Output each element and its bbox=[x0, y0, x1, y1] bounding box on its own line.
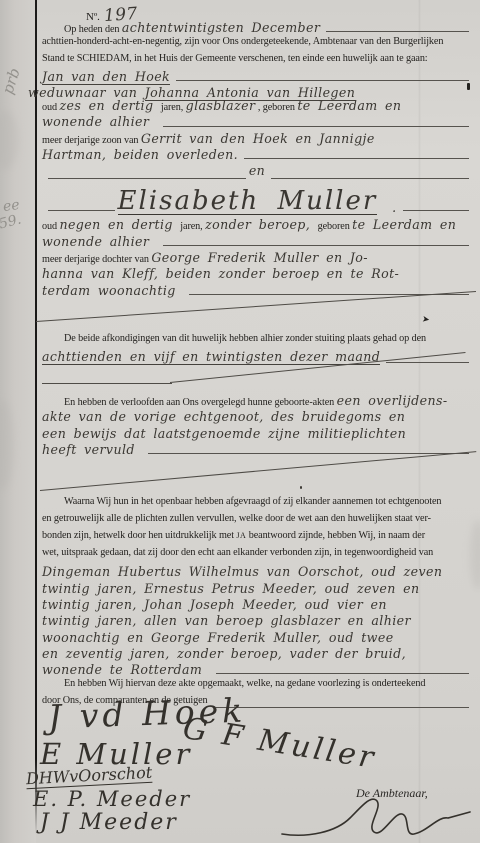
ruled-fill-line bbox=[163, 245, 469, 246]
document-body: Op heden den achtentwintigsten Decembera… bbox=[42, 20, 472, 712]
document-line: en getrouwelijk alle de plichten zullen … bbox=[42, 513, 472, 530]
document-line: wonende te Rotterdam bbox=[42, 662, 472, 678]
document-line: bonden zijn, hetwelk door hen uitdrukkel… bbox=[42, 530, 472, 547]
printed-text: oud bbox=[42, 102, 59, 113]
signature-father-of-bride: G F Muller bbox=[180, 711, 378, 776]
handwritten-text: akte van de vorige echtgenoot, des bruid… bbox=[42, 409, 405, 424]
printed-text: jaren, bbox=[180, 221, 205, 232]
document-line: wonende alhier bbox=[42, 234, 472, 250]
ruled-fill-line bbox=[216, 707, 469, 708]
document-line: twintig jaren, Ernestus Petrus Meeder, o… bbox=[42, 581, 472, 597]
document-line: en zeventig jaren, zonder beroep, vader … bbox=[42, 646, 472, 662]
handwritten-text: en bbox=[249, 163, 265, 178]
document-line: Op heden den achtentwintigsten December bbox=[42, 20, 472, 36]
printed-text: Op heden den bbox=[64, 24, 122, 35]
handwritten-text: glasblazer bbox=[186, 98, 256, 113]
document-line: achttien-honderd-acht-en-negentig, zijn … bbox=[42, 36, 472, 52]
printed-text: achttien-honderd-acht-en-negentig, zijn … bbox=[42, 36, 443, 47]
document-line: De beide afkondigingen van dit huwelijk … bbox=[42, 333, 472, 349]
document-line: twintig jaren, allen van beroep glasblaz… bbox=[42, 613, 472, 629]
handwritten-text: negen en dertig bbox=[59, 217, 180, 232]
handwritten-underlined-text: Jan van den Hoek bbox=[42, 69, 170, 85]
printed-text: Waarna Wij hun in het openbaar hebben af… bbox=[64, 496, 441, 507]
handwritten-text: woonachtig en George Frederik Muller, ou… bbox=[42, 630, 394, 645]
blank-space bbox=[42, 367, 472, 393]
printed-text: , geboren bbox=[255, 102, 297, 113]
ink-mark: ➤ bbox=[421, 314, 430, 326]
printed-smallcaps-text: JA bbox=[236, 531, 246, 540]
document-line: Stand te SCHIEDAM, in het Huis der Gemee… bbox=[42, 53, 472, 69]
printed-text: oud bbox=[42, 221, 59, 232]
document-line: wonende alhier bbox=[42, 114, 472, 130]
document-line: Elisabeth Muller . bbox=[42, 183, 472, 217]
document-line: Jan van den Hoek bbox=[42, 69, 472, 85]
handwritten-text: twintig jaren, Ernestus Petrus Meeder, o… bbox=[42, 581, 419, 596]
document-line: weduwnaar van Johanna Antonia van Hilleg… bbox=[28, 85, 472, 98]
ink-mark bbox=[300, 486, 302, 489]
document-line: wet, uitspraak gedaan, dat zij door den … bbox=[42, 547, 472, 564]
document-line: een bewijs dat laatstgenoemde zijne mili… bbox=[42, 426, 472, 442]
signature-witness-2: E. P. Meeder bbox=[33, 787, 191, 811]
document-line: akte van de vorige echtgenoot, des bruid… bbox=[42, 409, 472, 425]
ink-mark bbox=[467, 83, 470, 90]
ruled-fill-line bbox=[148, 453, 469, 454]
handwritten-text: een bewijs dat laatstgenoemde zijne mili… bbox=[42, 426, 406, 441]
handwritten-text: Hartman, beiden overleden. bbox=[42, 147, 238, 162]
document-line: en bbox=[42, 163, 472, 183]
ruled-fill-line bbox=[326, 31, 469, 32]
handwritten-underlined-text: achttienden en vijf en twintigsten dezer… bbox=[42, 349, 380, 365]
handwritten-name-large: Elisabeth Muller bbox=[118, 188, 378, 215]
ruled-fill-line bbox=[48, 210, 115, 211]
printed-text: jaren, bbox=[161, 102, 186, 113]
official-signature-flourish bbox=[278, 792, 474, 842]
document-line: hanna van Kleff, beiden zonder beroep en… bbox=[42, 266, 472, 282]
document-line: twintig jaren, Johan Joseph Meeder, oud … bbox=[42, 597, 472, 613]
document-line: En hebben de verloofden aan Ons overgele… bbox=[42, 393, 472, 409]
document-line: woonachtig en George Frederik Muller, ou… bbox=[42, 630, 472, 646]
document-line: Hartman, beiden overleden. bbox=[42, 147, 472, 163]
handwritten-text: wonende alhier bbox=[42, 114, 157, 129]
scanned-paper: Nº.197 prb ee 59. Op heden den achtentwi… bbox=[0, 0, 480, 843]
ink-strike-stroke bbox=[42, 383, 172, 384]
printed-text: wet, uitspraak gedaan, dat zij door den … bbox=[42, 547, 433, 558]
document-line: En hebben Wij hiervan deze akte opgemaak… bbox=[42, 678, 472, 695]
handwritten-text: Dingeman Hubertus Wilhelmus van Oorschot… bbox=[42, 564, 442, 579]
blank-space bbox=[42, 458, 472, 496]
ruled-fill-line bbox=[244, 158, 469, 159]
handwritten-text: twintig jaren, Johan Joseph Meeder, oud … bbox=[42, 597, 387, 612]
printed-text: meer derjarige zoon van bbox=[42, 135, 141, 146]
ruled-fill-line bbox=[163, 126, 469, 127]
handwritten-text: zes en dertig bbox=[59, 98, 160, 113]
handwritten-text: en zeventig jaren, zonder beroep, vader … bbox=[42, 646, 406, 661]
handwritten-text: . bbox=[377, 200, 396, 215]
handwritten-text: twintig jaren, allen van beroep glasblaz… bbox=[42, 613, 411, 628]
signature-witness-3: J J Meeder bbox=[40, 810, 178, 835]
handwritten-text: achtentwintigsten December bbox=[122, 20, 320, 35]
printed-text: en getrouwelijk alle de plichten zullen … bbox=[42, 513, 431, 524]
document-line: Waarna Wij hun in het openbaar hebben af… bbox=[42, 496, 472, 513]
ruled-fill-line bbox=[48, 178, 246, 179]
printed-text: meer derjarige dochter van bbox=[42, 254, 151, 265]
handwritten-text: terdam woonachtig bbox=[42, 283, 183, 298]
document-line: meer derjarige zoon van Gerrit van den H… bbox=[42, 131, 472, 147]
printed-text: En hebben Wij hiervan deze akte opgemaak… bbox=[64, 678, 425, 689]
printed-text: Stand te SCHIEDAM, in het Huis der Gemee… bbox=[42, 53, 428, 64]
handwritten-text: hanna van Kleff, beiden zonder beroep en… bbox=[42, 266, 399, 281]
printed-text: beantwoord zijnde, hebben Wij, in naam d… bbox=[246, 530, 425, 541]
document-line: meer derjarige dochter van George Freder… bbox=[42, 250, 472, 266]
ruled-fill-line bbox=[176, 80, 469, 81]
margin-rule-line bbox=[35, 0, 37, 843]
handwritten-text: Gerrit van den Hoek en Jannigje bbox=[141, 131, 375, 146]
handwritten-text: zonder beroep, bbox=[205, 217, 318, 232]
handwritten-text: te Leerdam en bbox=[297, 98, 401, 113]
document-line: heeft vervuld bbox=[42, 442, 472, 458]
ruled-fill-line bbox=[403, 210, 470, 211]
handwritten-text: wonende alhier bbox=[42, 234, 157, 249]
handwritten-text: een overlijdens- bbox=[337, 393, 448, 408]
printed-text: geboren bbox=[318, 221, 353, 232]
printed-text: De beide afkondigingen van dit huwelijk … bbox=[64, 333, 426, 344]
handwritten-text: heeft vervuld bbox=[42, 442, 142, 457]
handwritten-text: te Leerdam en bbox=[352, 217, 456, 232]
printed-text: En hebben de verloofden aan Ons overgele… bbox=[64, 397, 337, 408]
handwritten-text: George Frederik Muller en Jo- bbox=[151, 250, 368, 265]
document-line: oud negen en dertig jaren, zonder beroep… bbox=[42, 217, 472, 233]
document-line: Dingeman Hubertus Wilhelmus van Oorschot… bbox=[42, 564, 472, 580]
ruled-fill-line bbox=[386, 362, 469, 363]
printed-text: bonden zijn, hetwelk door hen uitdrukkel… bbox=[42, 530, 236, 541]
handwritten-text: wonende te Rotterdam bbox=[42, 662, 210, 677]
ruled-fill-line bbox=[271, 178, 469, 179]
ruled-fill-line bbox=[216, 673, 469, 674]
